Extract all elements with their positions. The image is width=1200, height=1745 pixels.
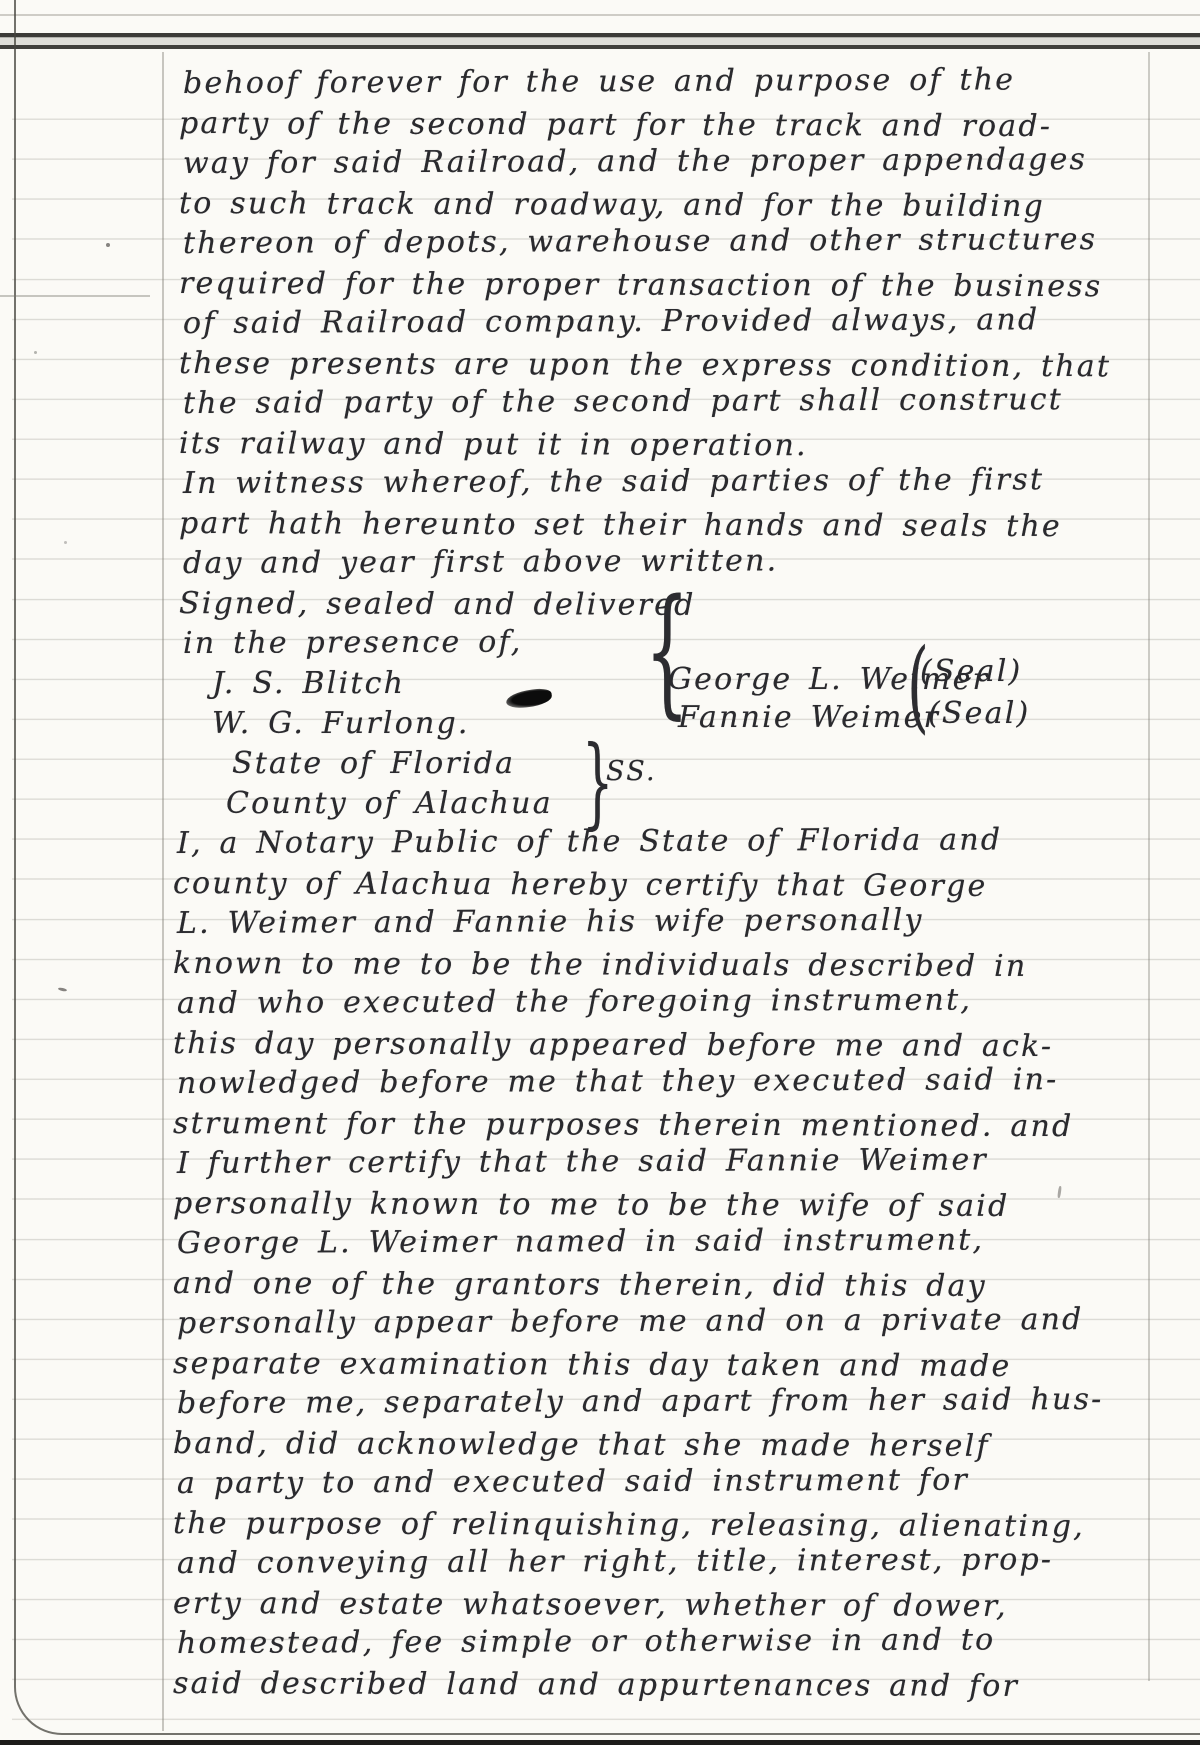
notary-acknowledgment-text: I, a Notary Public of the State of Flori… (177, 824, 1103, 1704)
scanned-document-page: behoof forever for the use and purpose o… (0, 0, 1200, 1745)
seal-paren-mark: ( (907, 636, 930, 736)
ink-speck (64, 541, 67, 544)
handwritten-line: of said Railroad company. Provided alway… (183, 300, 1115, 344)
handwritten-line: I, a Notary Public of the State of Flori… (177, 820, 1104, 864)
handwritten-line: thereon of depots, warehouse and other s… (183, 220, 1115, 264)
ss-abbreviation: SS. (606, 752, 657, 792)
venue-state: State of Florida (232, 744, 515, 784)
left-margin-line (162, 52, 164, 1731)
handwritten-line: L. Weimer and Fannie his wife personally (177, 900, 1104, 944)
handwritten-line: the said party of the second part shall … (183, 380, 1115, 424)
ink-speck (34, 351, 37, 354)
right-margin-line (1148, 52, 1150, 1681)
margin-line-artifact (0, 295, 150, 297)
handwritten-line: homestead, fee simple or otherwise in an… (177, 1620, 1104, 1664)
handwritten-line: before me, separately and apart from her… (177, 1380, 1104, 1424)
handwritten-line: and conveying all her right, title, inte… (177, 1540, 1104, 1584)
handwritten-line: George L. Weimer named in said instrumen… (177, 1220, 1104, 1264)
handwritten-line: and who executed the foregoing instrumen… (177, 980, 1104, 1024)
handwritten-line: nowledged before me that they executed s… (177, 1060, 1104, 1104)
ink-speck (106, 243, 110, 247)
grantor-signature: Fannie Weimer (678, 698, 940, 738)
handwritten-line: a party to and executed said instrument … (177, 1460, 1104, 1504)
handwritten-line: way for said Railroad, and the proper ap… (183, 140, 1115, 184)
seal-notation: (Seal) (920, 652, 1022, 692)
handwritten-line: behoof forever for the use and purpose o… (183, 60, 1115, 104)
venue-county: County of Alachua (226, 784, 553, 824)
handwritten-line: In witness whereof, the said parties of … (183, 460, 1115, 504)
handwritten-line: personally appear before me and on a pri… (177, 1300, 1104, 1344)
handwritten-line: I further certify that the said Fannie W… (177, 1140, 1104, 1184)
seal-notation: (Seal) (928, 694, 1030, 734)
handwritten-line: said described land and appurtenances an… (173, 1664, 1100, 1707)
witness-signature: J. S. Blitch (212, 664, 405, 704)
scan-bottom-edge (0, 1740, 1200, 1745)
witness-signature: W. G. Furlong. (212, 704, 470, 744)
